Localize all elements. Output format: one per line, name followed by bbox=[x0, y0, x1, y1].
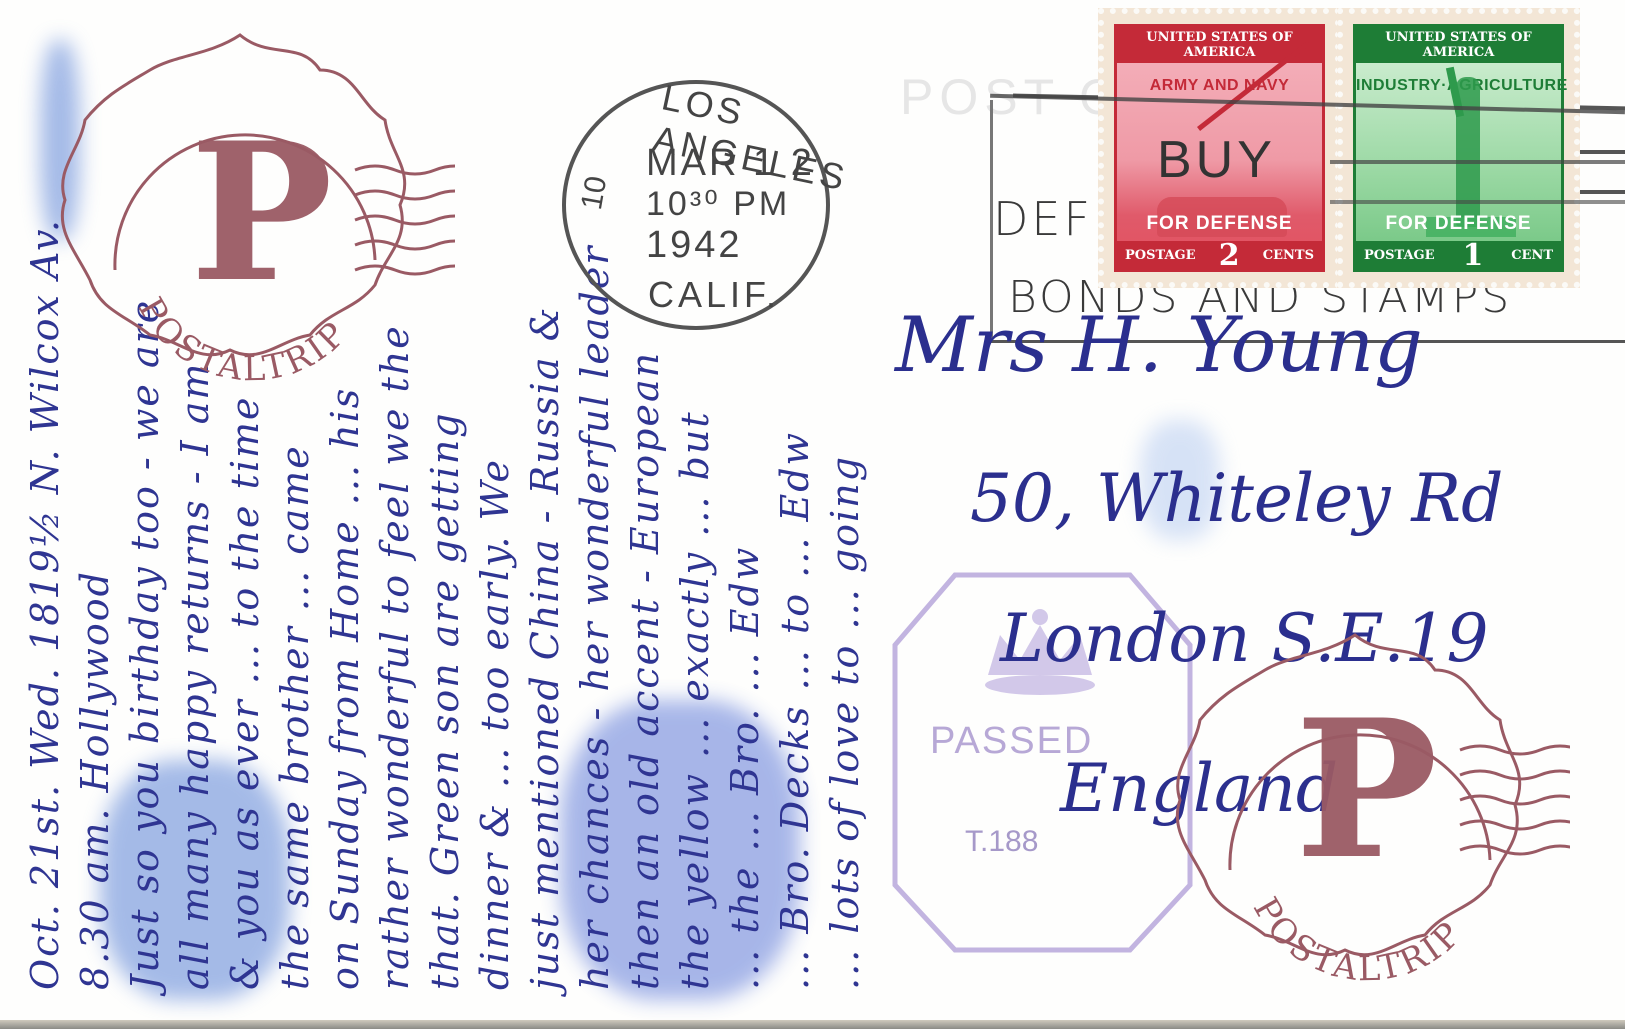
stamp-caption: FOR DEFENSE bbox=[1356, 213, 1561, 235]
watermark-letter: P bbox=[1295, 695, 1438, 885]
censor-number: T.188 bbox=[965, 825, 1038, 859]
watermark-text: POSTALTRIP bbox=[1245, 891, 1471, 990]
statue-of-liberty-icon bbox=[1456, 77, 1480, 227]
stamp-denomination: POSTAGE 2 CENTS bbox=[1117, 241, 1322, 269]
watermark-letter: P bbox=[190, 118, 333, 308]
address-name: Mrs H. Young bbox=[895, 300, 1423, 389]
message-line: dinner & ... too early. We bbox=[470, 0, 520, 990]
postmark-station: 10 bbox=[575, 174, 614, 213]
postaltrip-watermark: POSTALTRIP P bbox=[55, 30, 435, 390]
cancel-bar bbox=[1330, 160, 1625, 164]
stamp-unit: CENT bbox=[1511, 248, 1553, 263]
stamp-value: 2 bbox=[1219, 238, 1240, 273]
postmark-date: MAR 1 2 bbox=[646, 142, 815, 185]
address-street: 50, Whiteley Rd bbox=[970, 460, 1503, 537]
cancel-bar bbox=[1330, 200, 1625, 204]
postmark-year: 1942 bbox=[646, 224, 743, 267]
postaltrip-watermark: POSTALTRIP P bbox=[1170, 630, 1550, 990]
stamp-value: 1 bbox=[1462, 238, 1483, 273]
stamp-postage-label: POSTAGE bbox=[1364, 248, 1435, 263]
slogan-buy-overprint: BUY bbox=[1157, 130, 1276, 190]
stamp-postage-label: POSTAGE bbox=[1125, 248, 1196, 263]
svg-text:POSTALTRIP: POSTALTRIP bbox=[1245, 891, 1471, 990]
card-bottom-edge bbox=[0, 1020, 1625, 1029]
stamp-subject: ARMY AND NAVY bbox=[1117, 77, 1322, 95]
stamp-caption: FOR DEFENSE bbox=[1117, 213, 1322, 235]
postmark-state: CALIF. bbox=[648, 274, 780, 316]
stamp-denomination: POSTAGE 1 CENT bbox=[1356, 241, 1561, 269]
postmark: LOS ANGELES 10 MAR 1 2 10³⁰ PM 1942 CALI… bbox=[562, 80, 830, 330]
postmark-time: 10³⁰ PM bbox=[646, 184, 790, 224]
stamp-header: UNITED STATES OF AMERICA bbox=[1356, 27, 1561, 63]
message-line: just mentioned China - Russia & bbox=[520, 0, 570, 990]
postcard-back: POST O Oct. 21st. Wed. 1819½ N. Wilcox A… bbox=[0, 0, 1625, 1029]
stamp-industry-agriculture-1c: UNITED STATES OF AMERICA INDUSTRY·AGRICU… bbox=[1337, 8, 1580, 288]
stamp-unit: CENTS bbox=[1263, 248, 1314, 263]
